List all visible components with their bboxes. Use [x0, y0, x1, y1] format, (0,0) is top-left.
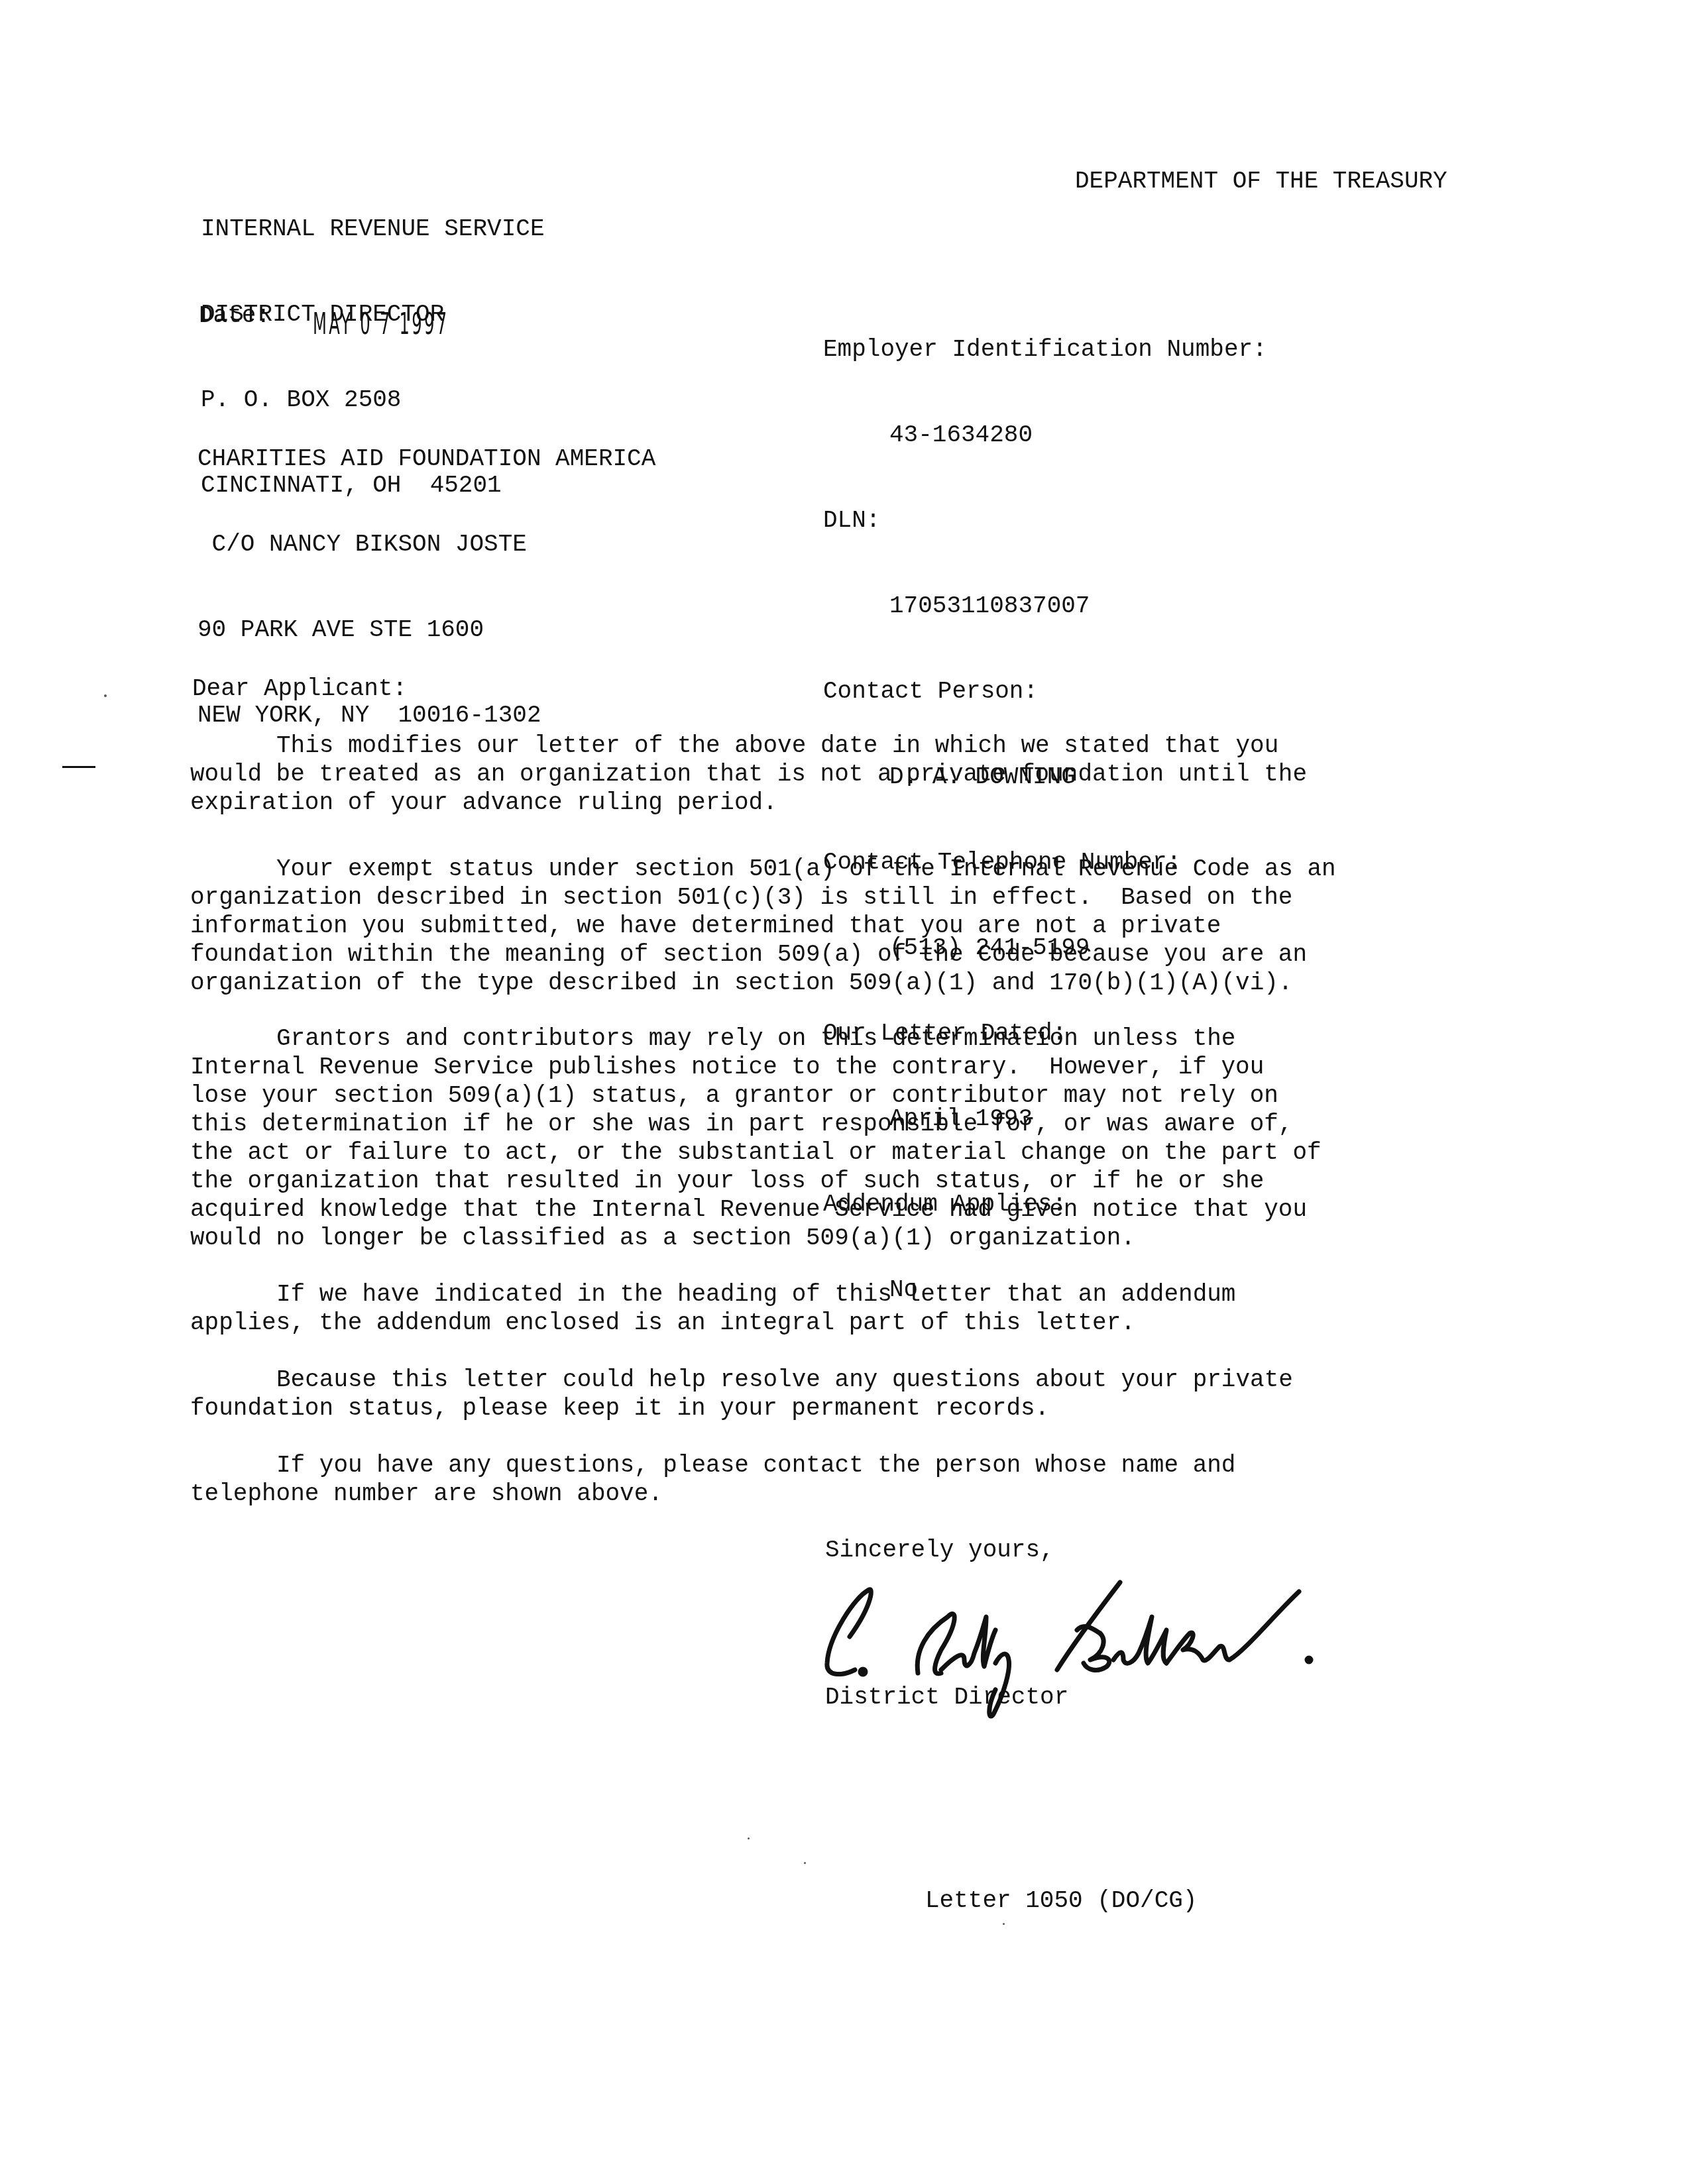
paragraph-line: This modifies our letter of the above da… — [190, 732, 1307, 760]
recipient-line: C/O NANCY BIKSON JOSTE — [197, 530, 655, 559]
recipient-line: NEW YORK, NY 10016-1302 — [197, 701, 655, 730]
paragraph-line: the act or failure to act, or the substa… — [190, 1138, 1322, 1167]
paragraph-line: organization described in section 501(c)… — [190, 883, 1336, 912]
scan-speck — [1003, 1923, 1005, 1925]
paragraph-line: acquired knowledge that the Internal Rev… — [190, 1195, 1322, 1224]
department-heading: DEPARTMENT OF THE TREASURY — [1075, 167, 1447, 195]
body-paragraph: Because this letter could help resolve a… — [190, 1366, 1293, 1423]
margin-dot — [104, 694, 107, 697]
paragraph-line: organization of the type described in se… — [190, 969, 1336, 997]
date-stamp: MAY 0 7 1997 — [313, 310, 449, 339]
paragraph-line: Because this letter could help resolve a… — [190, 1366, 1293, 1394]
body-paragraph: If you have any questions, please contac… — [190, 1451, 1235, 1508]
letter-page: INTERNAL REVENUE SERVICE DISTRICT DIRECT… — [0, 0, 1690, 2184]
paragraph-line: applies, the addendum enclosed is an int… — [190, 1309, 1235, 1337]
scan-speck — [804, 1862, 806, 1864]
scan-speck — [748, 1837, 750, 1839]
paragraph-line: lose your section 509(a)(1) status, a gr… — [190, 1081, 1322, 1110]
signer-title: District Director — [825, 1683, 1068, 1712]
paragraph-line: the organization that resulted in your l… — [190, 1167, 1322, 1195]
paragraph-line: would no longer be classified as a secti… — [190, 1224, 1322, 1252]
form-id: Letter 1050 (DO/CG) — [925, 1886, 1197, 1915]
paragraph-line: foundation within the meaning of section… — [190, 940, 1336, 969]
paragraph-line: foundation status, please keep it in you… — [190, 1394, 1293, 1423]
contact-person-label: Contact Person: — [823, 677, 1267, 706]
recipient-line: 90 PARK AVE STE 1600 — [197, 616, 655, 644]
dln-label: DLN: — [823, 506, 1267, 535]
paragraph-line: expiration of your advance ruling period… — [190, 789, 1307, 817]
margin-dash — [62, 766, 95, 768]
paragraph-line: If we have indicated in the heading of t… — [190, 1280, 1235, 1309]
paragraph-line: Grantors and contributors may rely on th… — [190, 1024, 1322, 1053]
date-label: Date: — [199, 301, 270, 330]
paragraph-line: would be treated as an organization that… — [190, 760, 1307, 789]
body-paragraph: Grantors and contributors may rely on th… — [190, 1024, 1322, 1252]
paragraph-line: this determination if he or she was in p… — [190, 1110, 1322, 1138]
closing: Sincerely yours, — [825, 1536, 1054, 1564]
recipient-line: CHARITIES AID FOUNDATION AMERICA — [197, 445, 655, 473]
ein-label: Employer Identification Number: — [823, 335, 1267, 364]
dln-value: 17053110837007 — [823, 592, 1267, 620]
recipient-address: CHARITIES AID FOUNDATION AMERICA C/O NAN… — [197, 388, 655, 787]
body-paragraph: Your exempt status under section 501(a) … — [190, 855, 1336, 997]
paragraph-line: information you submitted, we have deter… — [190, 912, 1336, 940]
paragraph-line: Internal Revenue Service publishes notic… — [190, 1053, 1322, 1081]
sender-line: INTERNAL REVENUE SERVICE — [201, 215, 544, 243]
salutation: Dear Applicant: — [192, 675, 407, 703]
paragraph-line: If you have any questions, please contac… — [190, 1451, 1235, 1480]
paragraph-line: Your exempt status under section 501(a) … — [190, 855, 1336, 883]
body-paragraph: This modifies our letter of the above da… — [190, 732, 1307, 817]
ein-value: 43-1634280 — [823, 421, 1267, 449]
body-paragraph: If we have indicated in the heading of t… — [190, 1280, 1235, 1337]
paragraph-line: telephone number are shown above. — [190, 1480, 1235, 1508]
